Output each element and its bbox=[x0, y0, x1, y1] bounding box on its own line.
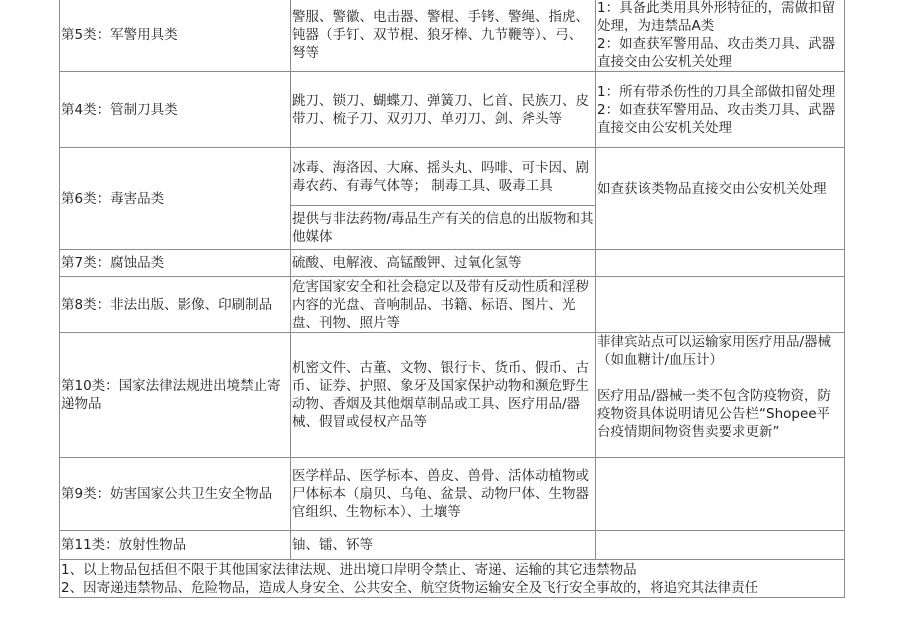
items-cell[interactable]: 医学样品、医学标本、兽皮、兽骨、活体动植物或尸体标本（扇贝、乌龟、盆景、动物尸体… bbox=[291, 458, 596, 531]
category-cell[interactable]: 第9类：妨害国家公共卫生安全物品 bbox=[60, 458, 291, 531]
remark-line: 2：如查获军警用品、攻击类刀具、武器直接交由公安机关处理 bbox=[597, 35, 843, 71]
remarks-cell[interactable]: 如查获该类物品直接交由公安机关处理 bbox=[596, 148, 845, 250]
remarks-cell[interactable] bbox=[596, 250, 845, 277]
category-cell[interactable]: 第4类：管制刀具类 bbox=[60, 72, 291, 148]
remarks-cell[interactable] bbox=[596, 531, 845, 560]
remark-line: 2：如查获军警用品、攻击类刀具、武器直接交由公安机关处理 bbox=[597, 101, 843, 137]
table-row: 第8类：非法出版、影像、印刷制品 危害国家安全和社会稳定以及带有反动性质和淫秽内… bbox=[60, 277, 845, 333]
items-cell[interactable]: 警服、警徽、电击器、警棍、手铐、警绳、指虎、钝器（手钉、双节棍、狼牙棒、九节鞭等… bbox=[291, 0, 596, 72]
category-cell[interactable]: 第7类：腐蚀品类 bbox=[60, 250, 291, 277]
notes-row: 1、以上物品包括但不限于其他国家法律法规、进出境口岸明令禁止、寄递、运输的其它违… bbox=[60, 560, 845, 598]
remarks-cell[interactable] bbox=[596, 277, 845, 333]
remarks-cell[interactable]: 菲律宾站点可以运输家用医疗用品/器械（如血糖计/血压计） 医疗用品/器械一类不包… bbox=[596, 333, 845, 458]
note-line-2: 2、因寄递违禁物品、危险物品，造成人身安全、公共安全、航空货物运输安全及飞行安全… bbox=[61, 579, 843, 597]
table-row: 第5类：军警用具类 警服、警徽、电击器、警棍、手铐、警绳、指虎、钝器（手钉、双节… bbox=[60, 0, 845, 72]
table-row: 第11类：放射性物品 铀、镭、钚等 bbox=[60, 531, 845, 560]
items-cell[interactable]: 冰毒、海洛因、大麻、摇头丸、吗啡、可卡因、剧毒农药、有毒气体等； 制毒工具、吸毒… bbox=[291, 148, 596, 206]
table-row: 第6类：毒害品类 冰毒、海洛因、大麻、摇头丸、吗啡、可卡因、剧毒农药、有毒气体等… bbox=[60, 148, 845, 206]
category-cell[interactable]: 第8类：非法出版、影像、印刷制品 bbox=[60, 277, 291, 333]
category-cell[interactable]: 第6类：毒害品类 bbox=[60, 148, 291, 250]
items-cell[interactable]: 机密文件、古董、文物、银行卡、货币、假币、古币、证券、护照、象牙及国家保护动物和… bbox=[291, 333, 596, 458]
note-line-1: 1、以上物品包括但不限于其他国家法律法规、进出境口岸明令禁止、寄递、运输的其它违… bbox=[61, 561, 843, 579]
remarks-cell[interactable] bbox=[596, 458, 845, 531]
category-cell[interactable]: 第10类：国家法律法规进出境禁止寄递物品 bbox=[60, 333, 291, 458]
items-cell[interactable]: 危害国家安全和社会稳定以及带有反动性质和淫秽内容的光盘、音响制品、书籍、标语、图… bbox=[291, 277, 596, 333]
category-cell[interactable]: 第11类：放射性物品 bbox=[60, 531, 291, 560]
items-cell[interactable]: 跳刀、锁刀、蝴蝶刀、弹簧刀、匕首、民族刀、皮带刀、梳子刀、双刃刀、单刃刀、剑、斧… bbox=[291, 72, 596, 148]
category-cell[interactable]: 第5类：军警用具类 bbox=[60, 0, 291, 72]
table-row: 第4类：管制刀具类 跳刀、锁刀、蝴蝶刀、弹簧刀、匕首、民族刀、皮带刀、梳子刀、双… bbox=[60, 72, 845, 148]
prohibited-items-table: 第5类：军警用具类 警服、警徽、电击器、警棍、手铐、警绳、指虎、钝器（手钉、双节… bbox=[59, 0, 845, 598]
remark-line: 医疗用品/器械一类不包含防疫物资，防疫物资具体说明请见公告栏“Shopee平台疫… bbox=[597, 387, 843, 441]
table-row: 第10类：国家法律法规进出境禁止寄递物品 机密文件、古董、文物、银行卡、货币、假… bbox=[60, 333, 845, 458]
remarks-cell[interactable]: 1：所有带杀伤性的刀具全部做扣留处理 2：如查获军警用品、攻击类刀具、武器直接交… bbox=[596, 72, 845, 148]
remark-line: 1：具备此类用具外形特征的，需做扣留处理，为违禁品A类 bbox=[597, 0, 843, 35]
items-cell[interactable]: 铀、镭、钚等 bbox=[291, 531, 596, 560]
items-cell[interactable]: 提供与非法药物/毒品生产有关的信息的出版物和其他媒体 bbox=[291, 206, 596, 250]
remarks-cell[interactable]: 1：具备此类用具外形特征的，需做扣留处理，为违禁品A类 2：如查获军警用品、攻击… bbox=[596, 0, 845, 72]
remark-line: 1：所有带杀伤性的刀具全部做扣留处理 bbox=[597, 83, 843, 101]
table-row: 第9类：妨害国家公共卫生安全物品 医学样品、医学标本、兽皮、兽骨、活体动植物或尸… bbox=[60, 458, 845, 531]
notes-cell[interactable]: 1、以上物品包括但不限于其他国家法律法规、进出境口岸明令禁止、寄递、运输的其它违… bbox=[60, 560, 845, 598]
items-cell[interactable]: 硫酸、电解液、高锰酸钾、过氧化氢等 bbox=[291, 250, 596, 277]
remark-line: 菲律宾站点可以运输家用医疗用品/器械（如血糖计/血压计） bbox=[597, 333, 843, 369]
table-row: 第7类：腐蚀品类 硫酸、电解液、高锰酸钾、过氧化氢等 bbox=[60, 250, 845, 277]
